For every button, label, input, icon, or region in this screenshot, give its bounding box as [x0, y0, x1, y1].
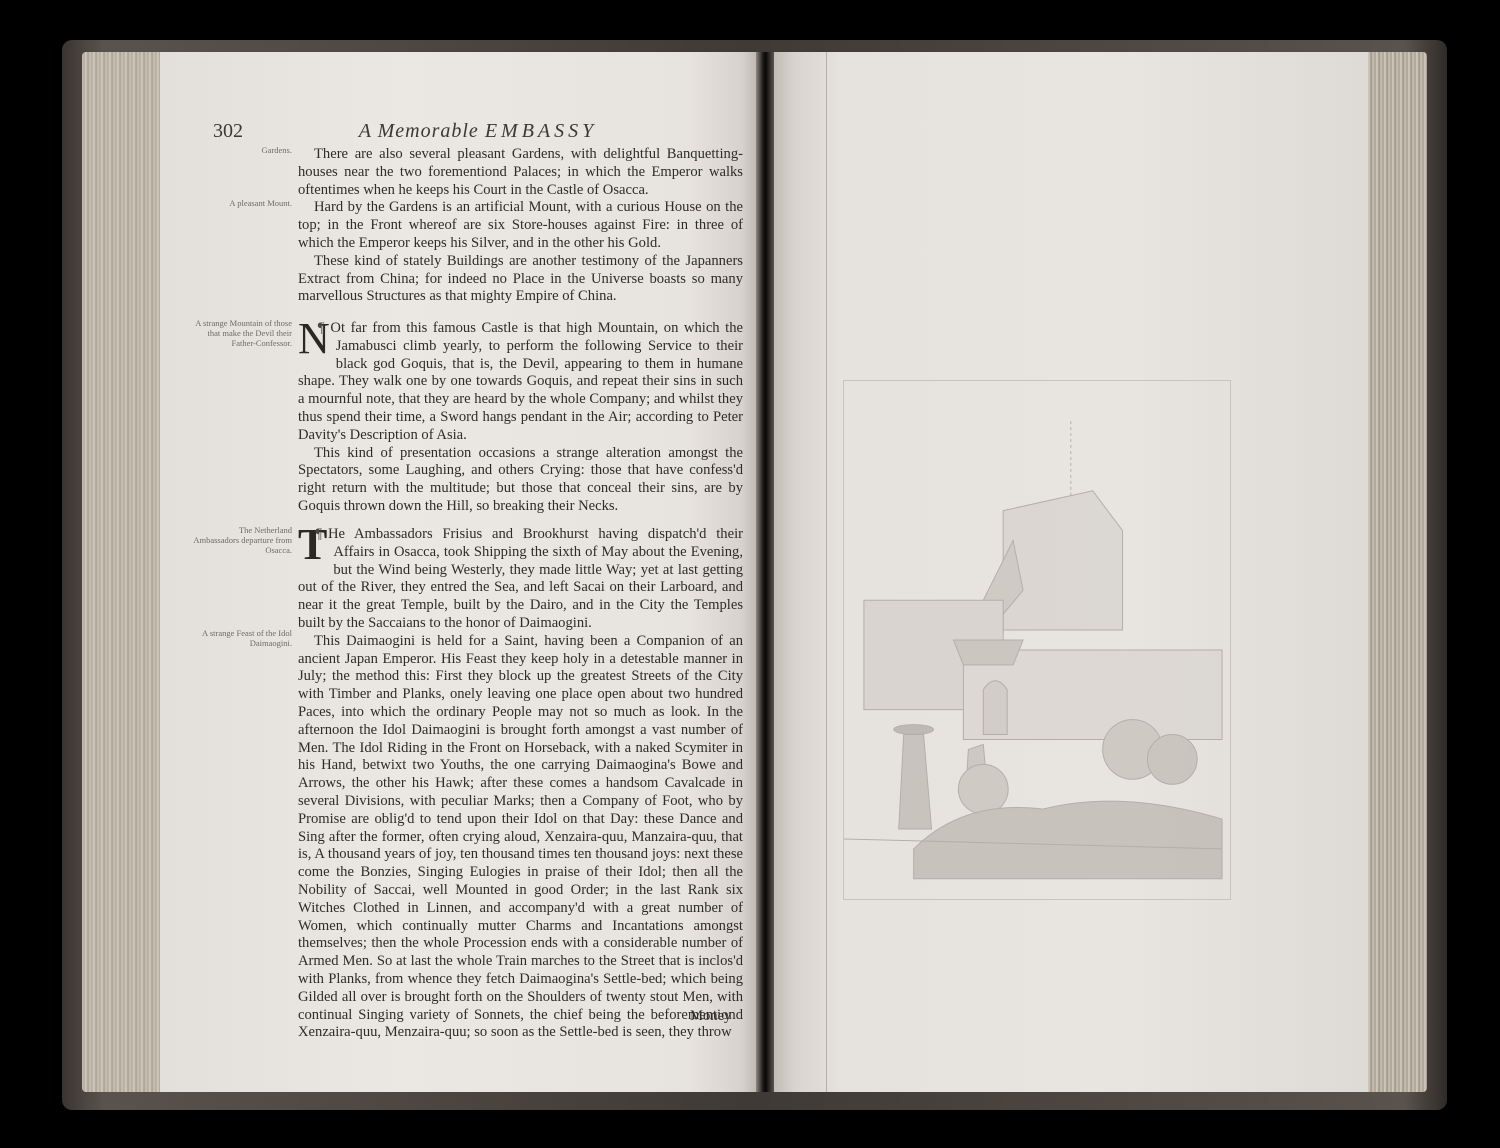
- body-text-block-1: There are also several pleasant Gardens,…: [298, 146, 743, 306]
- paragraph: This Daimaogini is held for a Saint, hav…: [298, 633, 743, 1042]
- sidenote-ambassadors-departure: The Netherland Ambassadors departure fro…: [192, 525, 292, 555]
- sidenote-pleasant-mount: A pleasant Mount.: [192, 198, 292, 208]
- sidenote-strange-mountain: A strange Mountain of those that make th…: [192, 318, 292, 348]
- sidenote-feast-daimaogini: A strange Feast of the Idol Daimaogini.: [192, 628, 292, 648]
- dropcap: T: [298, 527, 327, 563]
- page-edges-right: [1365, 52, 1427, 1092]
- catchword: Money: [690, 1008, 731, 1025]
- body-text-block-3: ¶THe Ambassadors Frisius and Brookhurst …: [298, 526, 743, 1042]
- pilcrow-icon: ¶: [315, 526, 322, 542]
- plate-mark-line: [826, 52, 827, 1092]
- paragraph: This kind of presentation occasions a st…: [298, 445, 743, 516]
- engraving-illustration: [843, 380, 1231, 900]
- engraving-svg: [844, 381, 1230, 899]
- paragraph: There are also several pleasant Gardens,…: [298, 146, 743, 199]
- book-gutter: [756, 52, 774, 1092]
- body-text-block-2: ¶NOt far from this famous Castle is that…: [298, 320, 743, 516]
- running-head-title: A Memorable EMBASSY: [213, 120, 743, 143]
- pilcrow-icon: ¶: [318, 320, 325, 336]
- running-head: 302 A Memorable EMBASSY: [213, 120, 743, 144]
- paragraph-with-dropcap: ¶THe Ambassadors Frisius and Brookhurst …: [298, 526, 743, 633]
- sidenote-gardens: Gardens.: [192, 145, 292, 155]
- page-edges-left: [82, 52, 162, 1092]
- paragraph: These kind of stately Buildings are anot…: [298, 253, 743, 306]
- paragraph: Hard by the Gardens is an artificial Mou…: [298, 199, 743, 252]
- paragraph-with-dropcap: ¶NOt far from this famous Castle is that…: [298, 320, 743, 445]
- dropcap: N: [298, 321, 330, 357]
